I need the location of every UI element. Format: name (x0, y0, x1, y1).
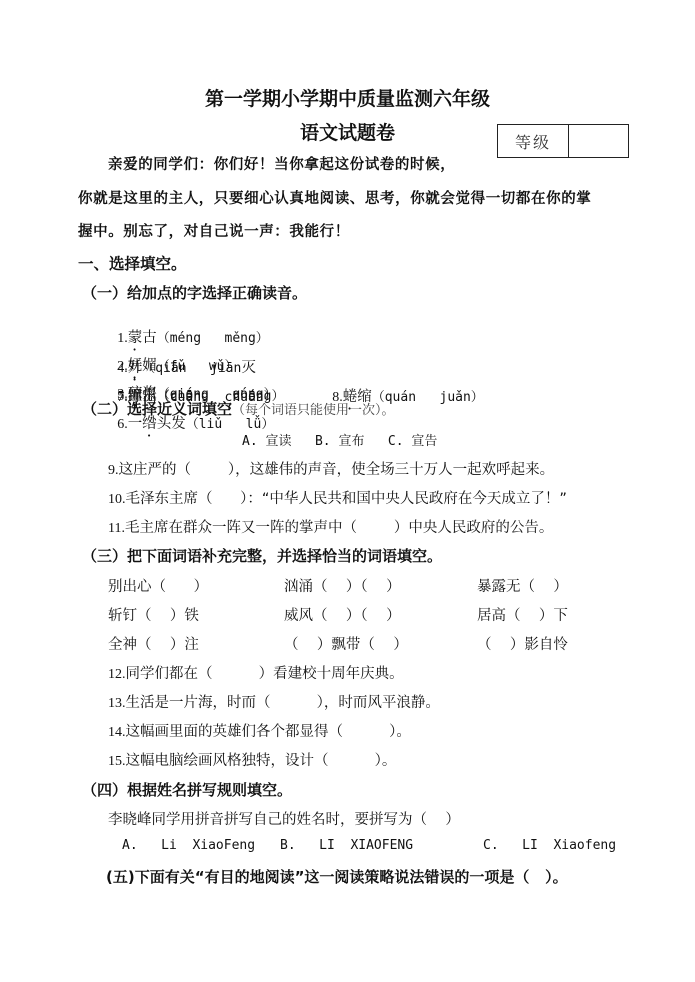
idiom-cell: 斩钉（ ）铁 (108, 604, 199, 625)
idiom-cell: 居高（ ）下 (477, 604, 568, 625)
question-11: 11.毛主席在群众一阵又一阵的掌声中（ ）中央人民政府的公告。 (108, 516, 553, 537)
question-14: 14.这幅画里面的英雄们各个都显得（ ）。 (108, 720, 411, 741)
idiom-cell: 别出心（ ） (108, 575, 208, 596)
section2-note: （每个词语只能使用一次）。 (232, 403, 395, 418)
synonym-options: A. 宣读 B. 宣布 C. 宣告 (242, 430, 437, 449)
intro-line-2: 你就是这里的主人，只要细心认真地阅读、思考，你就会觉得一切都在你的掌 (78, 187, 591, 208)
option-b: B. LI XIAOFENG (280, 838, 413, 853)
question-12: 12.同学们都在（ ）看建校十周年庆典。 (108, 662, 404, 683)
idiom-cell: 暴露无（ ） (477, 575, 568, 596)
option-a: A. Li XiaoFeng (122, 838, 255, 853)
section3-heading: （三）把下面词语补充完整，并选择恰当的词语填空。 (82, 545, 442, 566)
idiom-cell: 威风（ ）（ ） (284, 604, 401, 625)
section2-heading: （二）选择近义词填空（每个词语只能使用一次）。 (82, 398, 395, 419)
grade-box: 等级 (497, 124, 629, 158)
idiom-cell: 全神（ ）注 (108, 633, 199, 654)
grade-value-field[interactable] (569, 125, 628, 157)
idiom-cell: （ ）飘带（ ） (284, 633, 408, 654)
section1-heading: （一）给加点的字选择正确读音。 (82, 282, 307, 303)
idiom-cell: 汹涌（ ）（ ） (284, 575, 401, 596)
name-question: 李晓峰同学用拼音拼写自己的姓名时，要拼写为（ ） (108, 808, 460, 829)
section4-heading: （四）根据姓名拼写规则填空。 (82, 779, 292, 800)
question-13: 13.生活是一片海，时而（ ），时而风平浪静。 (108, 691, 440, 712)
idiom-cell: （ ）影自怜 (477, 633, 568, 654)
question-15: 15.这幅电脑绘画风格独特，设计（ ）。 (108, 749, 396, 770)
question-10: 10.毛泽东主席（ ）：“中华人民共和国中央人民政府在今天成立了！” (108, 487, 567, 508)
part1-heading: 一、选择填空。 (78, 252, 187, 274)
intro-line-1: 亲爱的同学们：你们好！当你拿起这份试卷的时候， (108, 153, 455, 174)
exam-title: 第一学期小学期中质量监测六年级 (0, 84, 695, 111)
option-c: C. LI Xiaofeng (483, 838, 616, 853)
grade-label: 等级 (498, 125, 569, 157)
section5-heading: (五)下面有关“有目的地阅读”这一阅读策略说法错误的一项是（ ）。 (106, 866, 568, 887)
question-9: 9.这庄严的（ ），这雄伟的声音，使全场三十万人一起欢呼起来。 (108, 458, 554, 479)
intro-line-3: 握中。别忘了，对自己说一声：我能行！ (78, 220, 350, 241)
